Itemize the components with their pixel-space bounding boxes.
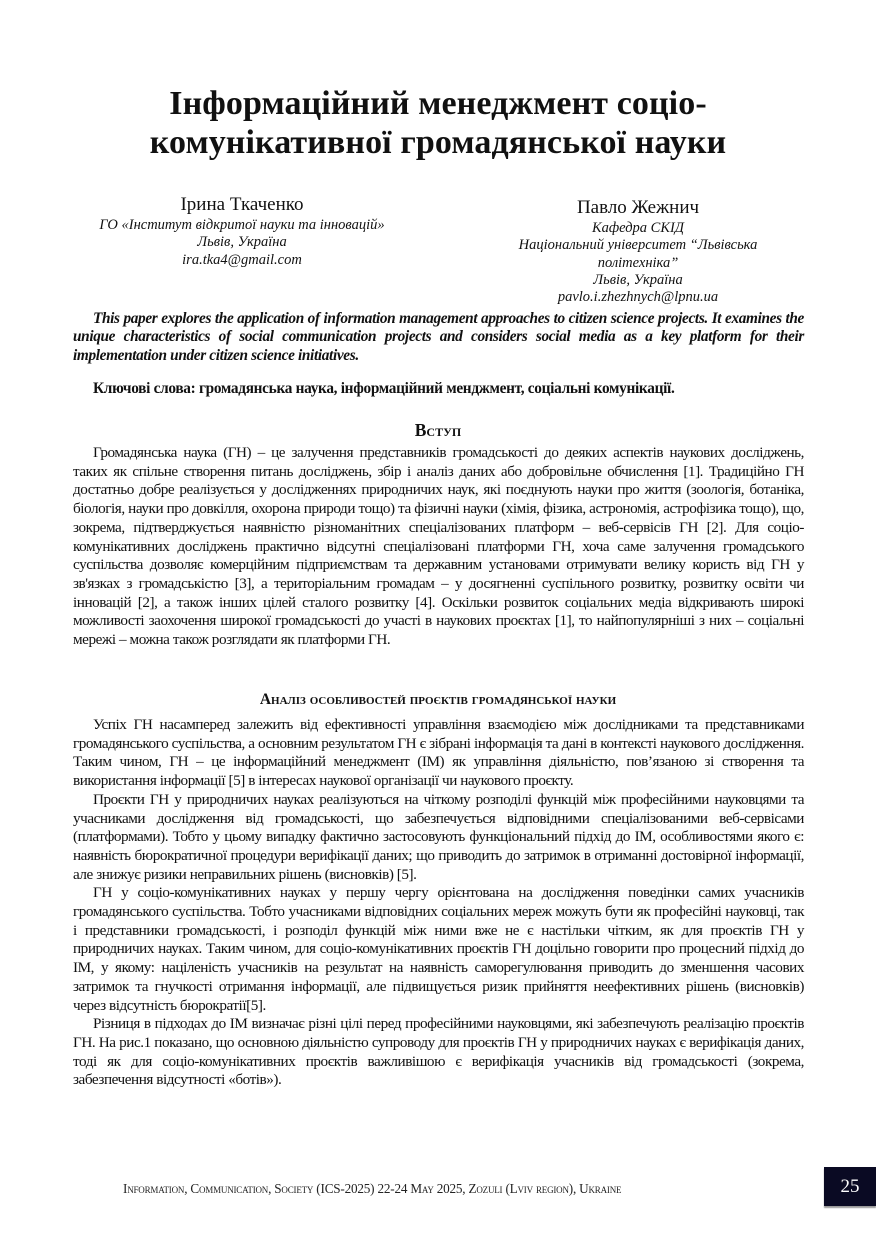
paper-page: Інформаційний менеджмент соціо- комуніка… [0, 0, 876, 1240]
author-block-1: Ірина Ткаченко ГО «Інститут відкритої на… [72, 193, 412, 269]
section-intro-body: Громадянська наука (ГН) – це залучення п… [73, 444, 804, 650]
page-number: 25 [824, 1167, 876, 1206]
paragraph: Громадянська наука (ГН) – це залучення п… [73, 444, 804, 650]
paper-title: Інформаційний менеджмент соціо- комуніка… [73, 84, 803, 162]
paragraph: ГН у соціо-комунікативних науках у першу… [73, 884, 804, 1015]
author-location: Львів, Україна [72, 234, 412, 251]
page-footer: Information, Communication, Society (ICS… [123, 1181, 763, 1197]
title-line-1: Інформаційний менеджмент соціо- [73, 84, 803, 123]
keywords: Ключові слова: громадянська наука, інфор… [93, 380, 803, 398]
author-email[interactable]: ira.tka4@gmail.com [72, 252, 412, 269]
abstract: This paper explores the application of i… [73, 310, 804, 365]
author-block-2: Павло Жежнич Кафедра СКІД Національний у… [488, 196, 788, 306]
paragraph: Різниця в підходах до ІМ визначає різні … [73, 1015, 804, 1090]
section-heading-analysis: Аналіз особливостей проєктів громадянськ… [73, 690, 803, 710]
author-name: Ірина Ткаченко [72, 193, 412, 217]
author-location: Львів, Україна [488, 272, 788, 289]
author-organization: ГО «Інститут відкритої науки та інноваці… [72, 217, 412, 234]
author-name: Павло Жежнич [488, 196, 788, 220]
author-department: Кафедра СКІД [488, 220, 788, 237]
author-email[interactable]: pavlo.i.zhezhnych@lpnu.ua [488, 289, 788, 306]
author-organization: Національний університет “Львівська полі… [503, 237, 773, 272]
paragraph: Успіх ГН насамперед залежить від ефектив… [73, 716, 804, 791]
paragraph: Проєкти ГН у природничих науках реалізую… [73, 791, 804, 885]
section-heading-intro: Вступ [73, 420, 803, 440]
section-analysis-body: Успіх ГН насамперед залежить від ефектив… [73, 716, 804, 1090]
title-line-2: комунікативної громадянської науки [73, 123, 803, 162]
abstract-text: This paper explores the application of i… [73, 310, 804, 364]
